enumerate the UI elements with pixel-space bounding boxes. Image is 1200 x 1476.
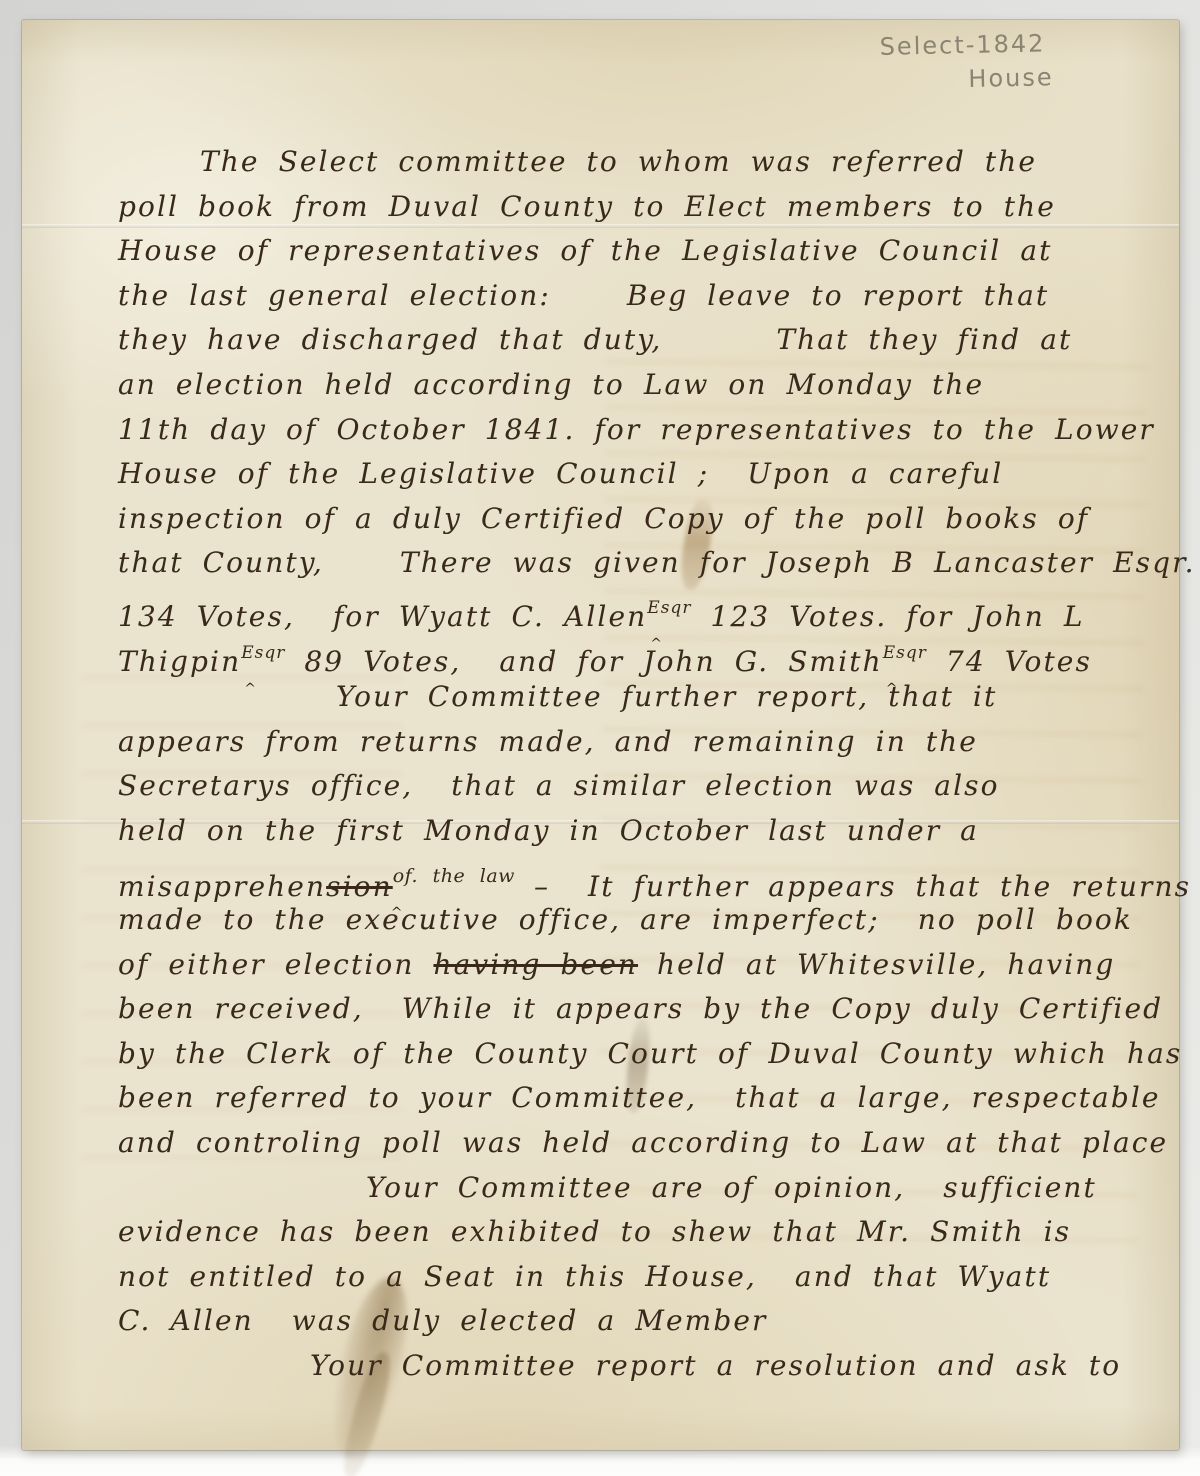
text-line: held on the first Monday in October last… bbox=[118, 809, 1143, 854]
text-line: Secretarys office, that a similar electi… bbox=[118, 764, 1143, 809]
handwritten-text: an election held according to Law on Mon… bbox=[118, 368, 984, 401]
handwritten-text: the last general election: Beg leave to … bbox=[118, 279, 1049, 312]
text-line: poll book from Duval County to Elect mem… bbox=[118, 185, 1143, 230]
text-line: Your Committee are of opinion, sufficien… bbox=[118, 1166, 1143, 1211]
inserted-text: Esqr bbox=[241, 643, 285, 663]
annotation-collection-label: Select-1842 bbox=[879, 26, 1053, 64]
handwritten-text: and controling poll was held according t… bbox=[118, 1126, 1168, 1159]
text-line: made to the executive office, are imperf… bbox=[118, 898, 1143, 943]
text-line: appears from returns made, and remaining… bbox=[118, 720, 1143, 765]
handwritten-text: evidence has been exhibited to shew that… bbox=[118, 1215, 1071, 1248]
text-line: House of representatives of the Legislat… bbox=[118, 229, 1143, 274]
text-line: not entitled to a Seat in this House, an… bbox=[118, 1255, 1143, 1300]
handwritten-text: they have discharged that duty, That the… bbox=[118, 323, 1072, 356]
text-line: evidence has been exhibited to shew that… bbox=[118, 1210, 1143, 1255]
text-line: by the Clerk of the County Court of Duva… bbox=[118, 1032, 1143, 1077]
handwritten-text: 123 Votes. for John L bbox=[691, 600, 1084, 633]
handwritten-text: of either election bbox=[118, 948, 433, 981]
handwritten-text: been referred to your Committee, that a … bbox=[118, 1081, 1161, 1114]
handwritten-text: inspection of a duly Certified Copy of t… bbox=[118, 502, 1089, 535]
handwritten-text: appears from returns made, and remaining… bbox=[118, 725, 978, 758]
text-line: of either election having been held at W… bbox=[118, 943, 1143, 988]
text-line: Your Committee further report, that it bbox=[118, 675, 1143, 720]
text-line: House of the Legislative Council ; Upon … bbox=[118, 452, 1143, 497]
handwritten-text: Your Committee are of opinion, sufficien… bbox=[366, 1171, 1097, 1204]
text-line: 134 Votes, for Wyatt C. AllenEsqr 123 Vo… bbox=[118, 586, 1143, 631]
handwritten-text: been received, While it appears by the C… bbox=[118, 992, 1163, 1025]
handwritten-text: that County, There was given for Joseph … bbox=[118, 546, 1196, 579]
text-line: the last general election: Beg leave to … bbox=[118, 274, 1143, 319]
handwritten-text: poll book from Duval County to Elect mem… bbox=[118, 190, 1056, 223]
handwritten-text: made to the executive office, are imperf… bbox=[118, 903, 1133, 936]
handwritten-text: 89 Votes, and for John G. Smith bbox=[285, 645, 882, 678]
handwritten-text: held at Whitesville, having bbox=[638, 948, 1115, 981]
text-line: 11th day of October 1841. for representa… bbox=[118, 408, 1143, 453]
annotation-chamber-label: House bbox=[968, 60, 1054, 96]
inserted-text: Esqr bbox=[647, 598, 691, 618]
text-line: misapprehensionof. the law – It further … bbox=[118, 854, 1143, 899]
struck-through-text: having been bbox=[433, 948, 638, 981]
text-line: been received, While it appears by the C… bbox=[118, 987, 1143, 1032]
handwritten-text: not entitled to a Seat in this House, an… bbox=[118, 1260, 1051, 1293]
handwritten-text: 74 Votes bbox=[927, 645, 1092, 678]
text-line: C. Allen was duly elected a Member bbox=[118, 1299, 1143, 1344]
text-line: they have discharged that duty, That the… bbox=[118, 318, 1143, 363]
handwritten-text: C. Allen was duly elected a Member bbox=[118, 1304, 768, 1337]
text-line: inspection of a duly Certified Copy of t… bbox=[118, 497, 1143, 542]
handwritten-text: Secretarys office, that a similar electi… bbox=[118, 769, 1000, 802]
handwritten-text: House of representatives of the Legislat… bbox=[118, 234, 1053, 267]
handwritten-text: held on the first Monday in October last… bbox=[118, 814, 979, 847]
handwritten-text: by the Clerk of the County Court of Duva… bbox=[118, 1037, 1182, 1070]
handwritten-text: 11th day of October 1841. for representa… bbox=[118, 413, 1155, 446]
text-line: been referred to your Committee, that a … bbox=[118, 1076, 1143, 1121]
text-line: an election held according to Law on Mon… bbox=[118, 363, 1143, 408]
text-line: The Select committee to whom was referre… bbox=[118, 140, 1143, 185]
text-line: and controling poll was held according t… bbox=[118, 1121, 1143, 1166]
text-line: ThigpinEsqr 89 Votes, and for John G. Sm… bbox=[118, 631, 1143, 676]
handwritten-text: 134 Votes, for Wyatt C. Allen bbox=[118, 600, 647, 633]
handwritten-text: Thigpin bbox=[118, 645, 241, 678]
manuscript-page: Select-1842 House The Select committee t… bbox=[22, 20, 1179, 1450]
manuscript-lines: The Select committee to whom was referre… bbox=[118, 140, 1143, 1389]
text-line: that County, There was given for Joseph … bbox=[118, 541, 1143, 586]
handwritten-text: House of the Legislative Council ; Upon … bbox=[118, 457, 1003, 490]
text-line: Your Committee report a resolution and a… bbox=[118, 1344, 1143, 1389]
pencil-annotation: Select-1842 House bbox=[879, 26, 1054, 98]
inserted-text: of. the law bbox=[393, 865, 515, 887]
inserted-text: Esqr bbox=[883, 643, 927, 663]
handwritten-text: Your Committee report a resolution and a… bbox=[310, 1349, 1121, 1382]
handwritten-text: The Select committee to whom was referre… bbox=[200, 145, 1037, 178]
